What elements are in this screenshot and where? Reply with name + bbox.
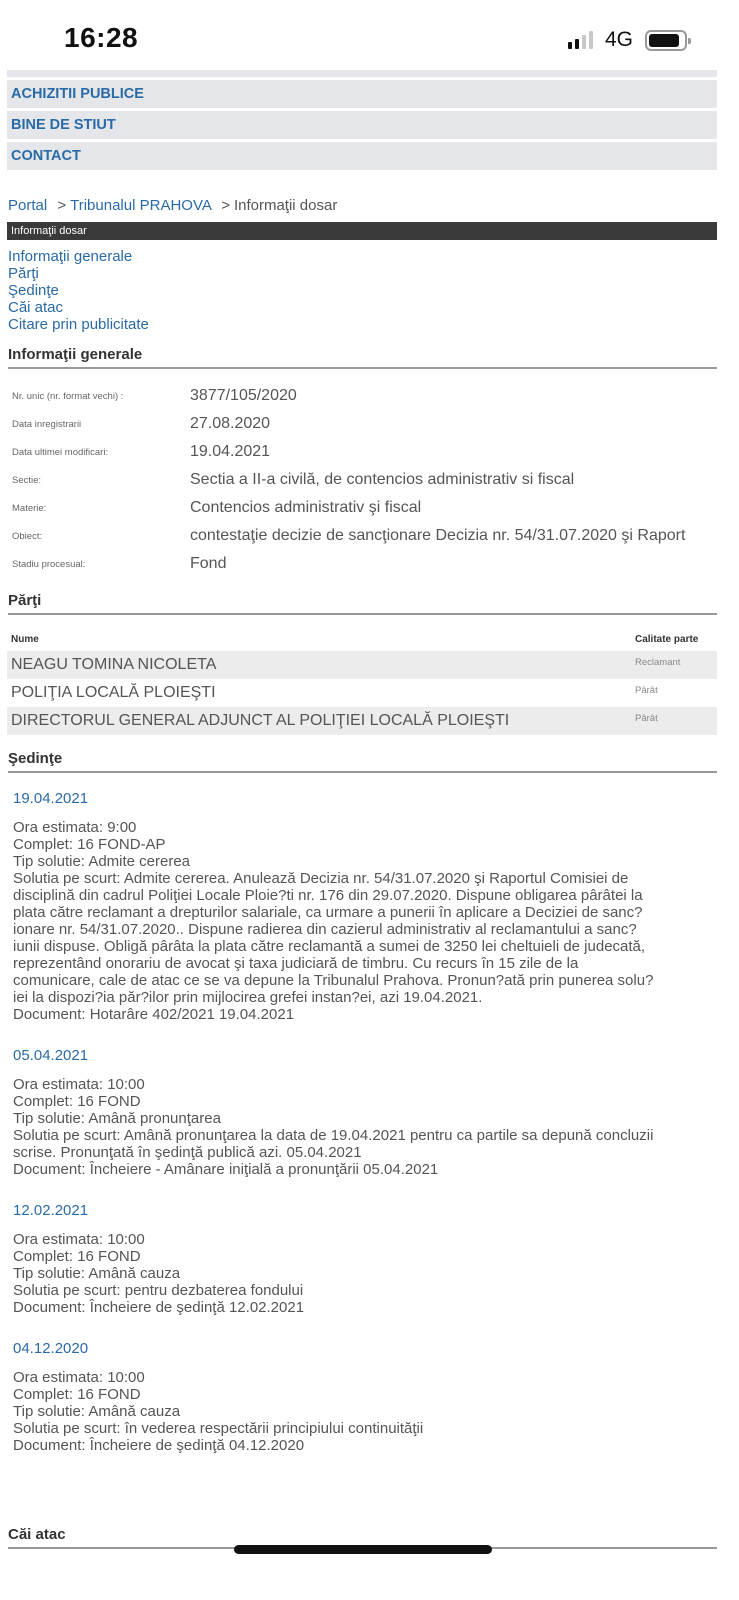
breadcrumb-separator: > [221, 197, 230, 214]
info-label: Materie: [12, 503, 190, 514]
info-value: Sectia a II-a civilă, de contencios admi… [190, 471, 574, 489]
hearing-detail-line: Document: Încheiere - Amânare iniţială a… [13, 1161, 713, 1178]
info-label: Data inregistrarii [12, 419, 190, 430]
main-nav: INFORMATII DE INTERES PUBLIC ACHIZITII P… [7, 56, 717, 173]
header-name: Nume [11, 634, 39, 645]
breadcrumb-portal[interactable]: Portal [8, 197, 47, 214]
hearing-item: 12.02.2021Ora estimata: 10:00Complet: 16… [13, 1202, 713, 1316]
hearing-detail-line: Tip solutie: Amână pronunţarea [13, 1110, 713, 1127]
hearing-detail-line: scrise. Pronunţată în şedinţă publică az… [13, 1144, 713, 1161]
hearing-detail-line: iei la dispozi?ia păr?ilor prin mijlocir… [13, 989, 713, 1006]
party-name: DIRECTORUL GENERAL ADJUNCT AL POLIŢIEI L… [11, 712, 509, 730]
battery-icon [645, 30, 687, 51]
hearing-item: 05.04.2021Ora estimata: 10:00Complet: 16… [13, 1047, 713, 1178]
hearing-date: 12.02.2021 [13, 1202, 713, 1219]
hearing-detail-line: reprezentând onorariu de avocat şi taxa … [13, 955, 713, 972]
info-row: Sectie:Sectia a II-a civilă, de contenci… [12, 466, 717, 494]
clock: 16:28 [64, 22, 138, 54]
info-row: Materie:Contencios administrativ şi fisc… [12, 494, 717, 522]
hearing-detail-line: disciplină din cadrul Poliţiei Locale Pl… [13, 887, 713, 904]
hearing-detail-line: ionare nr. 54/31.07.2020.. Dispune radie… [13, 921, 713, 938]
anchor-parti[interactable]: Părţi [8, 265, 149, 282]
hearing-detail-line: Document: Încheiere de şedinţă 12.02.202… [13, 1299, 713, 1316]
anchor-cai-atac[interactable]: Căi atac [8, 299, 149, 316]
anchor-citare-publicitate[interactable]: Citare prin publicitate [8, 316, 149, 333]
hearing-date: 04.12.2020 [13, 1340, 713, 1357]
info-label: Data ultimei modificari: [12, 447, 190, 458]
table-row: DIRECTORUL GENERAL ADJUNCT AL POLIŢIEI L… [7, 707, 717, 735]
info-value: Fond [190, 555, 226, 573]
hearing-detail-line: Document: Încheiere de şedinţă 04.12.202… [13, 1437, 713, 1454]
breadcrumb: Portal >Tribunalul PRAHOVA >Informaţii d… [8, 197, 337, 214]
signal-icon [568, 31, 593, 49]
table-row: POLIŢIA LOCALĂ PLOIEŞTIPârât [7, 679, 717, 707]
header-role: Calitate parte [635, 634, 713, 645]
info-value: Contencios administrativ şi fiscal [190, 499, 421, 517]
info-value: 27.08.2020 [190, 415, 270, 433]
info-value: 3877/105/2020 [190, 387, 297, 405]
info-label: Nr. unic (nr. format vechi) : [12, 391, 190, 402]
hearings-list: 19.04.2021Ora estimata: 9:00Complet: 16 … [13, 790, 713, 1478]
section-title-sedinte: Şedinţe [8, 750, 717, 773]
info-row: Data inregistrarii27.08.2020 [12, 410, 717, 438]
party-role: Pârât [635, 713, 713, 724]
hearing-detail-line: Tip solutie: Amână cauza [13, 1403, 713, 1420]
info-label: Stadiu procesual: [12, 559, 190, 570]
hearing-detail-line: Ora estimata: 10:00 [13, 1369, 713, 1386]
status-bar: 16:28 4G [0, 0, 739, 70]
hearing-detail-line: Tip solutie: Amână cauza [13, 1265, 713, 1282]
nav-item-bine-de-stiut[interactable]: BINE DE STIUT [7, 111, 717, 139]
hearing-detail-line: plata către reclamant a drepturilor sala… [13, 904, 713, 921]
breadcrumb-separator: > [57, 197, 66, 214]
hearing-detail-line: Ora estimata: 10:00 [13, 1076, 713, 1093]
hearing-detail-line: Ora estimata: 9:00 [13, 819, 713, 836]
info-label: Sectie: [12, 475, 190, 486]
hearing-detail-line: Complet: 16 FOND [13, 1093, 713, 1110]
hearing-date: 05.04.2021 [13, 1047, 713, 1064]
hearing-detail-line: Solutia pe scurt: Admite cererea. Anulea… [13, 870, 713, 887]
hearing-detail-line: comunicare, cale de atac ce se va depune… [13, 972, 713, 989]
party-name: POLIŢIA LOCALĂ PLOIEŞTI [11, 684, 216, 702]
hearing-detail-line: Complet: 16 FOND [13, 1386, 713, 1403]
section-title-parti: Părţi [8, 592, 717, 615]
page-anchors: Informaţii generale Părţi Şedinţe Căi at… [8, 248, 149, 333]
info-value: contestaţie decizie de sancţionare Deciz… [190, 527, 685, 545]
home-indicator[interactable] [234, 1545, 492, 1554]
info-value: 19.04.2021 [190, 443, 270, 461]
hearing-date: 19.04.2021 [13, 790, 713, 807]
nav-item-achizitii-publice[interactable]: ACHIZITII PUBLICE [7, 80, 717, 108]
info-row: Obiect:contestaţie decizie de sancţionar… [12, 522, 717, 550]
info-row: Data ultimei modificari:19.04.2021 [12, 438, 717, 466]
nav-item-contact[interactable]: CONTACT [7, 142, 717, 170]
section-header-bar: Informaţii dosar [7, 222, 717, 240]
parties-table: Nume Calitate parte NEAGU TOMINA NICOLET… [7, 630, 717, 735]
hearing-detail-line: Tip solutie: Admite cererea [13, 853, 713, 870]
breadcrumb-current: Informaţii dosar [234, 197, 337, 214]
general-info-table: Nr. unic (nr. format vechi) :3877/105/20… [12, 382, 717, 578]
anchor-sedinte[interactable]: Şedinţe [8, 282, 149, 299]
hearing-detail-line: Solutia pe scurt: în vederea respectării… [13, 1420, 713, 1437]
network-type: 4G [605, 28, 633, 52]
info-label: Obiect: [12, 531, 190, 542]
breadcrumb-tribunal[interactable]: Tribunalul PRAHOVA [70, 197, 211, 214]
hearing-item: 19.04.2021Ora estimata: 9:00Complet: 16 … [13, 790, 713, 1023]
section-title-informatii-generale: Informaţii generale [8, 346, 717, 369]
party-role: Pârât [635, 685, 713, 696]
hearing-detail-line: Solutia pe scurt: Amână pronunţarea la d… [13, 1127, 713, 1144]
hearing-detail-line: iunii dispuse. Obligă pârâta la plata că… [13, 938, 713, 955]
hearing-detail-line: Ora estimata: 10:00 [13, 1231, 713, 1248]
party-name: NEAGU TOMINA NICOLETA [11, 656, 216, 674]
hearing-detail-line: Solutia pe scurt: pentru dezbaterea fond… [13, 1282, 713, 1299]
info-row: Stadiu procesual:Fond [12, 550, 717, 578]
info-row: Nr. unic (nr. format vechi) :3877/105/20… [12, 382, 717, 410]
parties-header: Nume Calitate parte [7, 630, 717, 651]
hearing-detail-line: Document: Hotarâre 402/2021 19.04.2021 [13, 1006, 713, 1023]
party-role: Reclamant [635, 657, 713, 668]
hearing-item: 04.12.2020Ora estimata: 10:00Complet: 16… [13, 1340, 713, 1454]
anchor-informatii-generale[interactable]: Informaţii generale [8, 248, 149, 265]
hearing-detail-line: Complet: 16 FOND-AP [13, 836, 713, 853]
table-row: NEAGU TOMINA NICOLETAReclamant [7, 651, 717, 679]
hearing-detail-line: Complet: 16 FOND [13, 1248, 713, 1265]
